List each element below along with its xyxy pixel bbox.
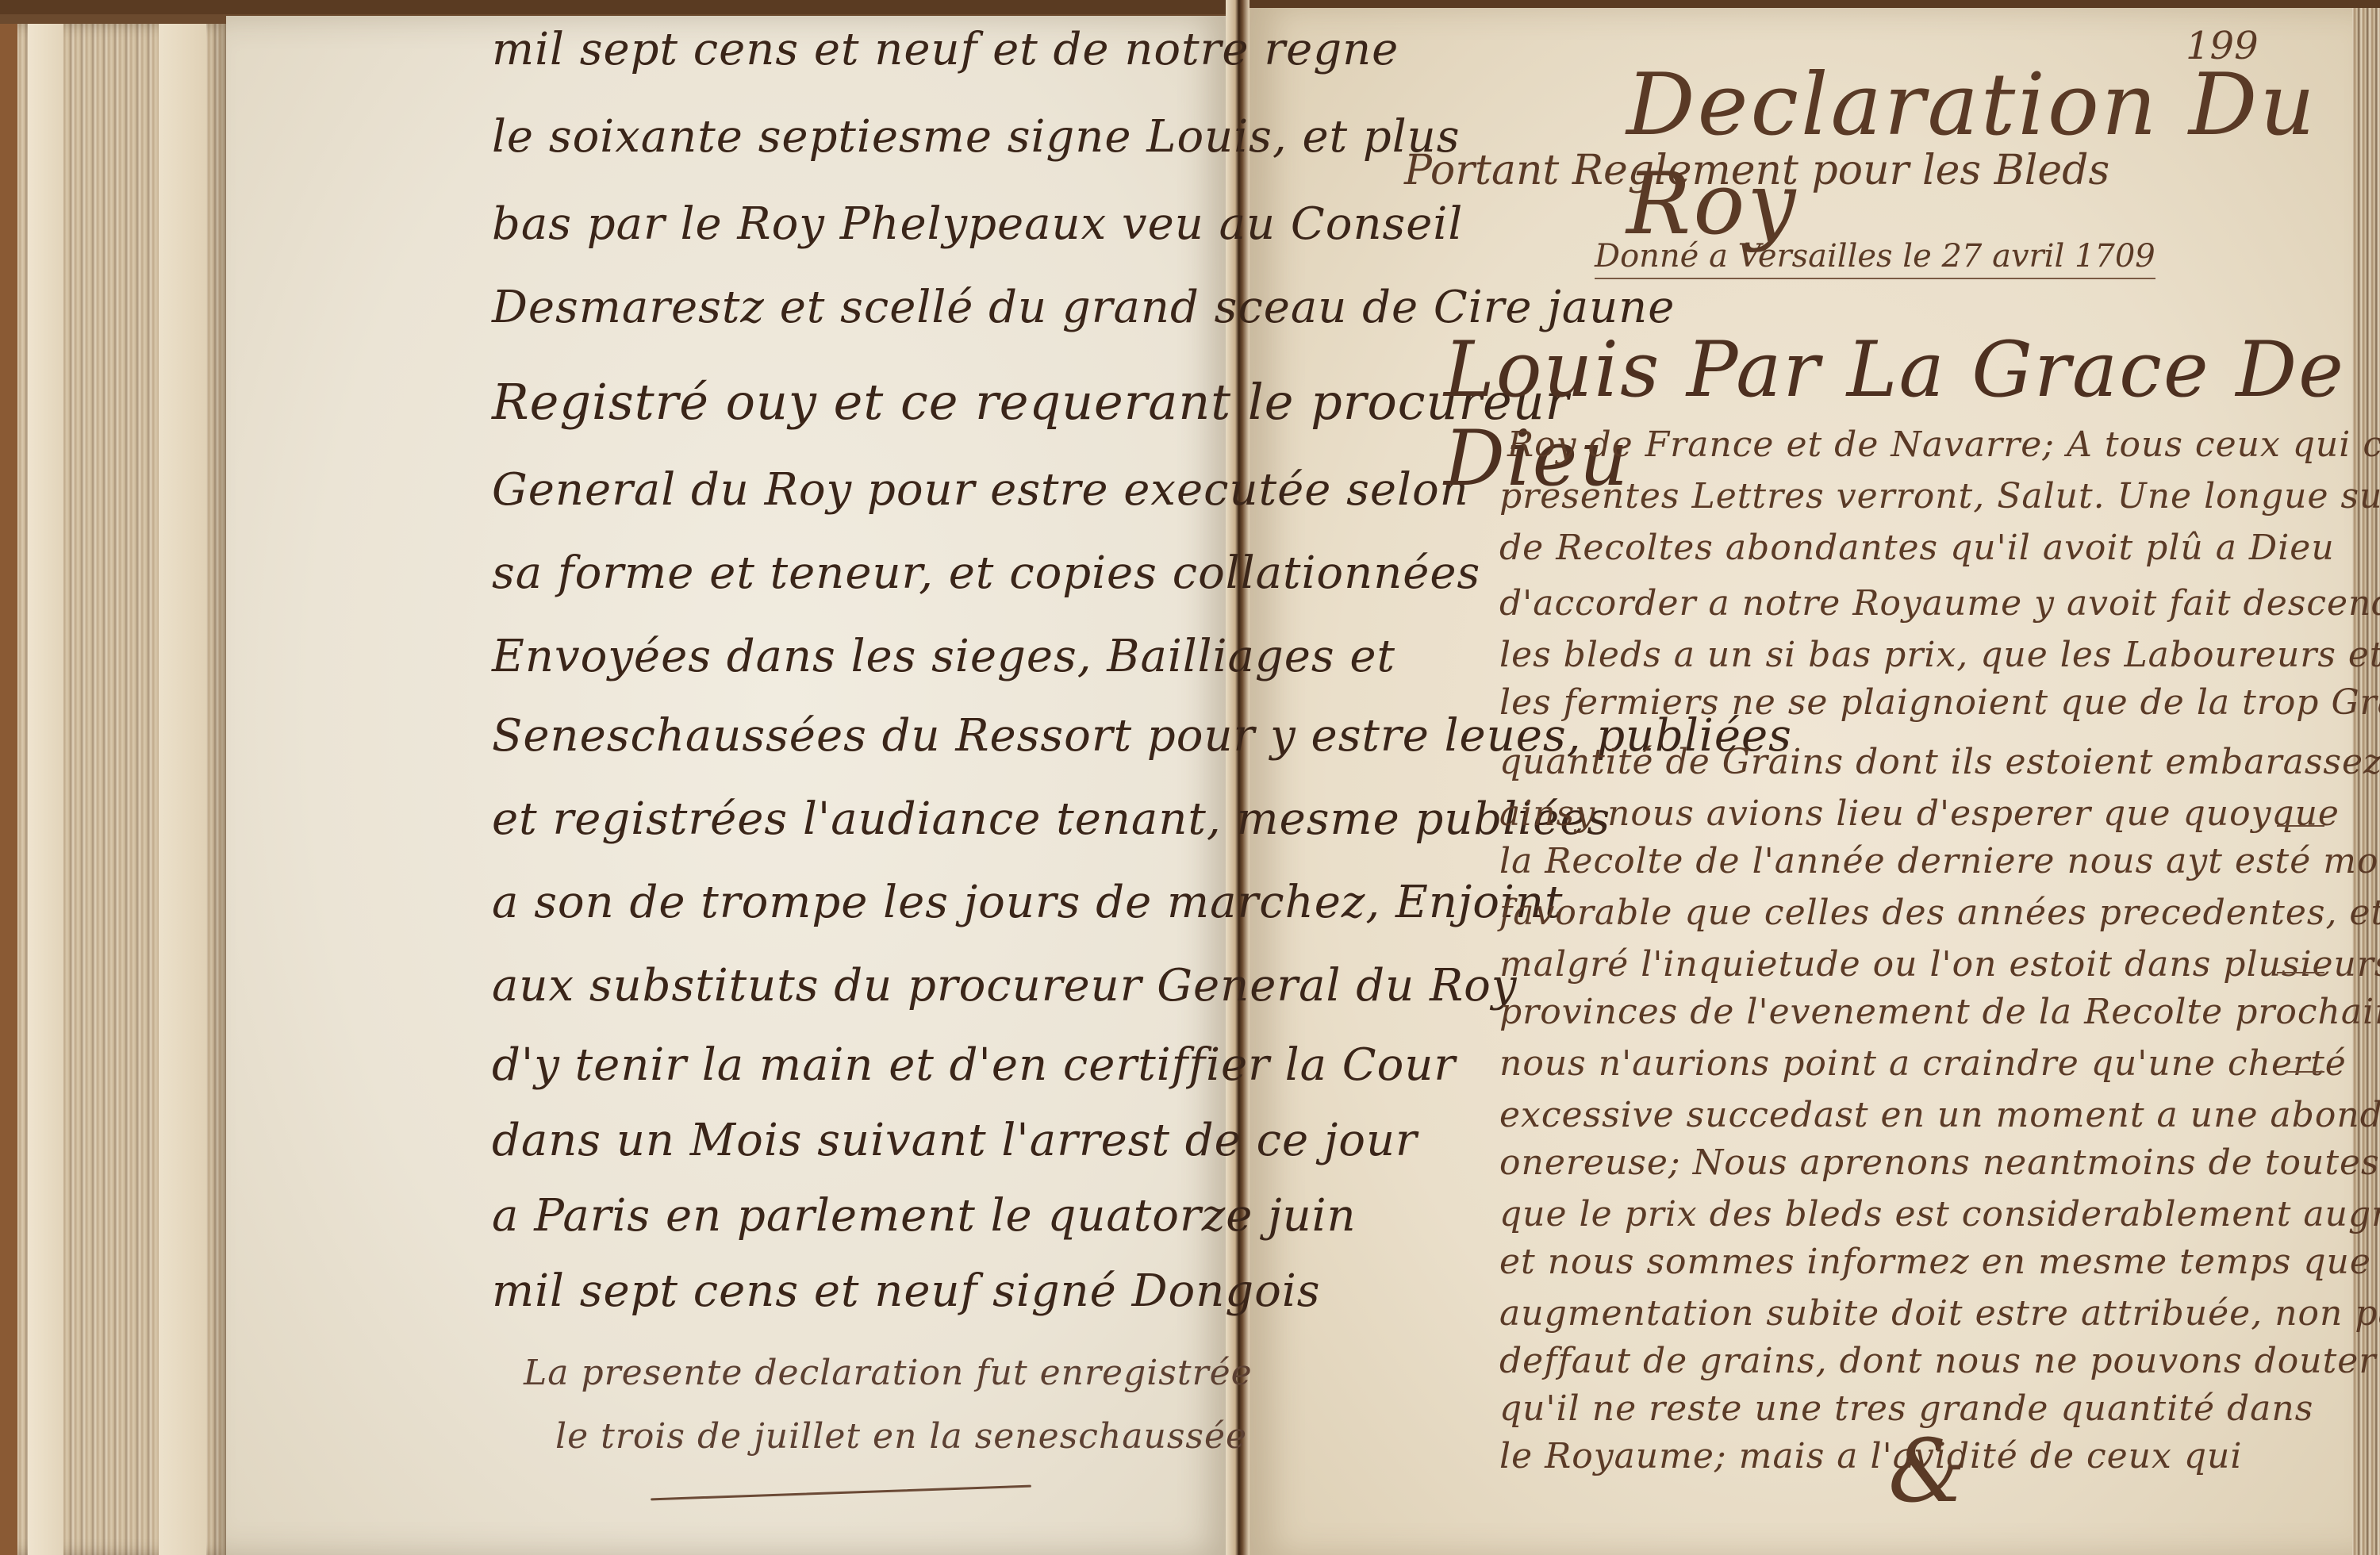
manuscript-line: provinces de l'evenement de la Recolte p… <box>1499 992 2380 1032</box>
manuscript-line: et registrées l'audiance tenant, mesme p… <box>492 793 1610 845</box>
manuscript-line: les fermiers ne se plaignoient que de la… <box>1499 682 2380 723</box>
line-filler-dash <box>2277 825 2324 827</box>
manuscript-line: Envoyées dans les sieges, Bailliages et <box>492 631 1395 682</box>
manuscript-line: que le prix des bleds est considerableme… <box>1499 1194 2380 1234</box>
manuscript-line: a Paris en parlement le quatorze juin <box>492 1190 1357 1242</box>
manuscript-line: deffaut de grains, dont nous ne pouvons … <box>1499 1341 2376 1381</box>
manuscript-line: excessive succedast en un moment a une a… <box>1499 1095 2380 1135</box>
page-edge-stack <box>0 24 226 1555</box>
open-manuscript-book: mil sept cens et neuf et de notre regne … <box>0 0 2380 1555</box>
manuscript-line: d'accorder a notre Royaume y avoit fait … <box>1499 583 2380 624</box>
manuscript-line: mil sept cens et neuf signé Dongois <box>492 1265 1321 1317</box>
leather-binding-edge <box>0 24 17 1555</box>
manuscript-line: a son de trompe les jours de marchez, En… <box>492 877 1563 928</box>
manuscript-line: Roy de France et de Navarre; A tous ceux… <box>1507 424 2380 465</box>
manuscript-line: quantité de Grains dont ils estoient emb… <box>1499 742 2380 782</box>
manuscript-line: presentes Lettres verront, Salut. Une lo… <box>1499 476 2380 516</box>
catchword-flourish: & <box>1888 1420 1966 1522</box>
page-edge-band <box>159 24 206 1555</box>
manuscript-line: aux substituts du procureur General du R… <box>492 960 1517 1012</box>
document-subtitle: Portant Reglement pour les Bleds <box>1404 147 2109 194</box>
manuscript-line: dans un Mois suivant l'arrest de ce jour <box>492 1115 1418 1166</box>
registration-note-line: La presente declaration fut enregistrée <box>524 1353 1253 1393</box>
manuscript-line: de Recoltes abondantes qu'il avoit plû a… <box>1499 528 2335 568</box>
manuscript-line: bas par le Roy Phelypeaux veu au Conseil <box>492 198 1463 250</box>
manuscript-line: nous n'aurions point a craindre qu'une c… <box>1499 1043 2347 1084</box>
manuscript-line: mil sept cens et neuf et de notre regne <box>492 24 1399 75</box>
line-filler-dash <box>2277 972 2324 973</box>
line-filler-dash <box>2285 1071 2324 1073</box>
manuscript-line: onereuse; Nous aprenons neantmoins de to… <box>1499 1142 2380 1183</box>
manuscript-line: sa forme et teneur, et copies collationn… <box>492 547 1480 599</box>
manuscript-line: Registré ouy et ce requerant le procureu… <box>492 373 1569 431</box>
manuscript-line: la Recolte de l'année derniere nous ayt … <box>1499 841 2380 881</box>
dateline: Donné a Versailles le 27 avril 1709 <box>1595 238 2155 279</box>
manuscript-line: General du Roy pour estre executée selon <box>492 464 1469 516</box>
manuscript-line: favorable que celles des années preceden… <box>1499 893 2380 933</box>
manuscript-line: malgré l'inquietude ou l'on estoit dans … <box>1499 944 2380 985</box>
page-edge-band <box>28 24 63 1555</box>
manuscript-line: les bleds a un si bas prix, que les Labo… <box>1499 635 2380 675</box>
manuscript-line: ainsy nous avions lieu d'esperer que quo… <box>1499 793 2340 834</box>
manuscript-line: le soixante septiesme signe Louis, et pl… <box>492 111 1461 163</box>
registration-note-line: le trois de juillet en la seneschaussée <box>555 1416 1247 1457</box>
manuscript-line: le Royaume; mais a l'avidité de ceux qui <box>1499 1436 2242 1476</box>
manuscript-line: et nous sommes informez en mesme temps q… <box>1499 1242 2380 1282</box>
manuscript-line: augmentation subite doit estre attribuée… <box>1499 1293 2380 1334</box>
manuscript-line: d'y tenir la main et d'en certiffier la … <box>492 1039 1456 1091</box>
